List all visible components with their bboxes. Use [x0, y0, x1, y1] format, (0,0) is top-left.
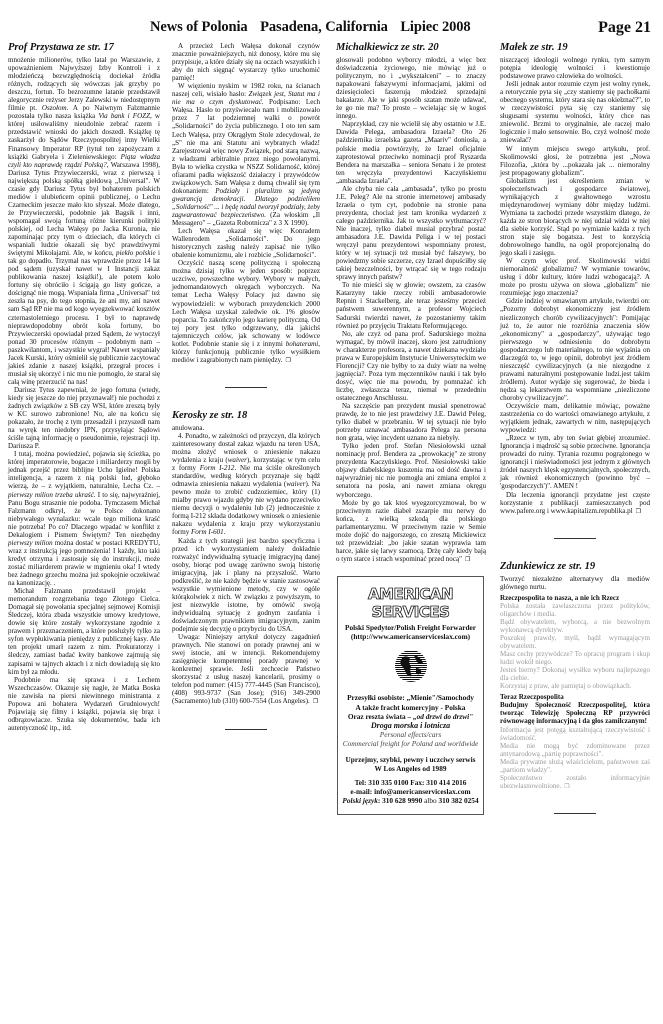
- paragraph: Polska została zawłaszczona przez polity…: [500, 602, 650, 618]
- ad-line: A także fracht komercyjny - Polska: [342, 703, 479, 712]
- paragraph: Jeśli jednak autor rozumie czym jest wol…: [500, 80, 650, 144]
- paragraph: Korzystaj z praw, ale pamiętaj o obowiąz…: [500, 682, 650, 690]
- paragraph: A przecież Lech Wałęsa dokonał czynów zn…: [172, 42, 320, 82]
- paragraph: Uwaga: Niniejszy artykuł dotyczy zagadni…: [172, 633, 320, 706]
- ad-line: Commercial freight for Poland and worldw…: [342, 739, 479, 748]
- end-mark-icon: ❐: [564, 784, 569, 790]
- paragraph: Jesteś bierny? Dokonaj wysiłku wyboru na…: [500, 666, 650, 682]
- paragraph: głosowali podobno wyborcy młodzi, a więc…: [336, 56, 486, 120]
- paragraph: Michał Falzmann przedstawił projekt – me…: [8, 587, 160, 676]
- paragraph: To nie mieści się w głowie; owszem, za c…: [336, 281, 486, 329]
- column-1: Prof Przystawa ze str. 17 mnożenie milio…: [8, 42, 160, 732]
- column-2: A przecież Lech Wałęsa dokonał czynów zn…: [172, 42, 320, 752]
- paragraph: Dariusz Tytus zapewniał, że jego fortuna…: [8, 386, 160, 450]
- publication-location: Pasadena, California: [260, 19, 388, 35]
- ad-polish-phone: Polski język: 310 628 9990 albo 310 382 …: [342, 796, 479, 805]
- subheading: Rzeczpospolita to nasza, a nie ich Rzecz: [500, 594, 650, 602]
- paragraph: Tylko jeden prof. Stefan Niesiołowski uz…: [336, 442, 486, 498]
- divider: [225, 387, 267, 388]
- paragraph: Ale chyba nie cała „ambasada", tylko po …: [336, 185, 486, 282]
- paragraph: W czym więc prof. Skolimowski widzi niem…: [500, 257, 650, 297]
- paragraph: anulowana.: [172, 424, 320, 432]
- paragraph: Naprzykład, czy nie wcielił się aby osta…: [336, 120, 486, 184]
- ad-line: Personal effects/cars: [342, 730, 479, 739]
- paragraph: I tutaj, można powiedzieć, pojawia się ś…: [8, 450, 160, 587]
- paragraph: Oczyścić naszą scenę polityczną i społec…: [172, 259, 320, 365]
- column-4: Małek ze str. 19 niszczącej ideologii wo…: [500, 42, 650, 836]
- ad-line: Przesyłki osobiste: „Mienie"/Samochody: [342, 693, 479, 702]
- paragraph: Globalizm jest określeniem zmian w społe…: [500, 177, 650, 257]
- paragraph: Podobnie ma się sprawa i z Lechem Wszech…: [8, 676, 160, 732]
- paragraph: Bądź obywatelem, wyborcą, a nie bezwolny…: [500, 618, 650, 634]
- article-heading-zdunkiewicz: Zdunkiewicz ze str. 19: [500, 561, 650, 573]
- ad-line: Droga morska i lotnicza: [342, 721, 479, 730]
- article-heading-kerosky: Kerosky ze str. 18: [172, 410, 320, 422]
- paragraph: niszczącej ideologii wolnego rynku, tym …: [500, 56, 650, 80]
- issue-date: Lipiec 2008: [400, 19, 470, 35]
- paragraph: Gdzie indziej w omawianym artykule, twie…: [500, 297, 650, 402]
- paragraph: Informacja jest potęgą kształtującą rzec…: [500, 726, 650, 742]
- paragraph: Lech Wałęsa okazał się więc Konradem Wal…: [172, 227, 320, 259]
- paragraph: Media prywatne służą właścicielom, państ…: [500, 758, 650, 774]
- american-services-ad: AMERICAN SERVICES Polski Spedytor/Polish…: [337, 576, 484, 815]
- paragraph: No, ale czyż od pana prof. Sadurskiego m…: [336, 330, 486, 402]
- article-heading-michalkiewicz: Michalkiewicz ze str. 20: [336, 42, 486, 54]
- paragraph: Poszukuj prawdy, myśl, bądź wymagającym …: [500, 634, 650, 650]
- paragraph: Media nie mogą być zdominowane przez ant…: [500, 742, 650, 758]
- ad-email-link[interactable]: e-mail: info@americanserviceslax.com: [342, 787, 479, 796]
- paragraph: Społeczeństwo zostało informacyjnie ubez…: [500, 774, 650, 791]
- ad-tagline: Polski Spedytor/Polish Freight Forwarder: [342, 623, 479, 632]
- article-heading-przystawa: Prof Przystawa ze str. 17: [8, 42, 160, 54]
- end-mark-icon: ❐: [636, 509, 641, 515]
- ad-website-link[interactable]: (http://www.americanserviceslax.com): [342, 632, 479, 641]
- end-mark-icon: ❐: [465, 557, 470, 563]
- globe-icon: [394, 649, 428, 683]
- ad-line: W Los Angeles od 1989: [342, 764, 479, 773]
- paragraph: Tworzyć niezależne alternatywy dla medió…: [500, 575, 650, 591]
- paragraph: W więzieniu nyskim w 1982 roku, na ścian…: [172, 82, 320, 227]
- ad-logo: AMERICAN SERVICES: [342, 585, 479, 621]
- paragraph: 4. Ponadto, w zależności od przyczyn, dl…: [172, 432, 320, 537]
- paragraph: Oczywiście mam, delikatnie mówiąc, poważ…: [500, 402, 650, 434]
- masthead-title: News of Polonia Pasadena, California Lip…: [150, 19, 480, 36]
- paragraph: Może by go tak ktoś wyegzorcyzmował, bo …: [336, 499, 486, 564]
- paragraph: Budujmy Społeczność Rzeczpospolitej, któ…: [500, 701, 650, 725]
- end-mark-icon: ❐: [313, 699, 318, 705]
- paragraph: W innym miejscu swego artykułu, prof. Sk…: [500, 145, 650, 177]
- ad-line: Oraz reszta świata – „od drzwi do drzwi": [342, 712, 479, 721]
- ad-line: Uprzejmy, szybki, pewny i uczciwy serwis: [342, 755, 479, 764]
- paragraph: Masz cechy przywódcze? To opracuj progra…: [500, 650, 650, 666]
- paragraph: Dla leczenia ignorancji przydatne jest c…: [500, 491, 650, 516]
- divider: [554, 813, 596, 814]
- column-3: Michalkiewicz ze str. 20 głosowali podob…: [336, 42, 486, 815]
- paragraph: mnożenie milionerów, tylko latał po Wars…: [8, 56, 160, 386]
- paragraph: „Rzecz w tym, aby ten świat głębiej zroz…: [500, 434, 650, 490]
- page-number: Page 21: [598, 19, 651, 37]
- paragraph: Na szczęście pan prezydent musiał spenet…: [336, 402, 486, 442]
- masthead: News of Polonia Pasadena, California Lip…: [0, 19, 663, 39]
- article-heading-malek: Małek ze str. 19: [500, 42, 650, 54]
- end-mark-icon: ❐: [286, 358, 291, 364]
- publication-name: News of Polonia: [150, 19, 248, 35]
- subheading: Teraz Rzeczpospolita: [500, 693, 650, 701]
- divider: [225, 729, 267, 730]
- paragraph: Każda z tych strategii jest bardzo specy…: [172, 537, 320, 634]
- ad-phone-fax: Tel: 310 335 0100 Fax: 310 414 2016: [342, 778, 479, 787]
- divider: [554, 538, 596, 539]
